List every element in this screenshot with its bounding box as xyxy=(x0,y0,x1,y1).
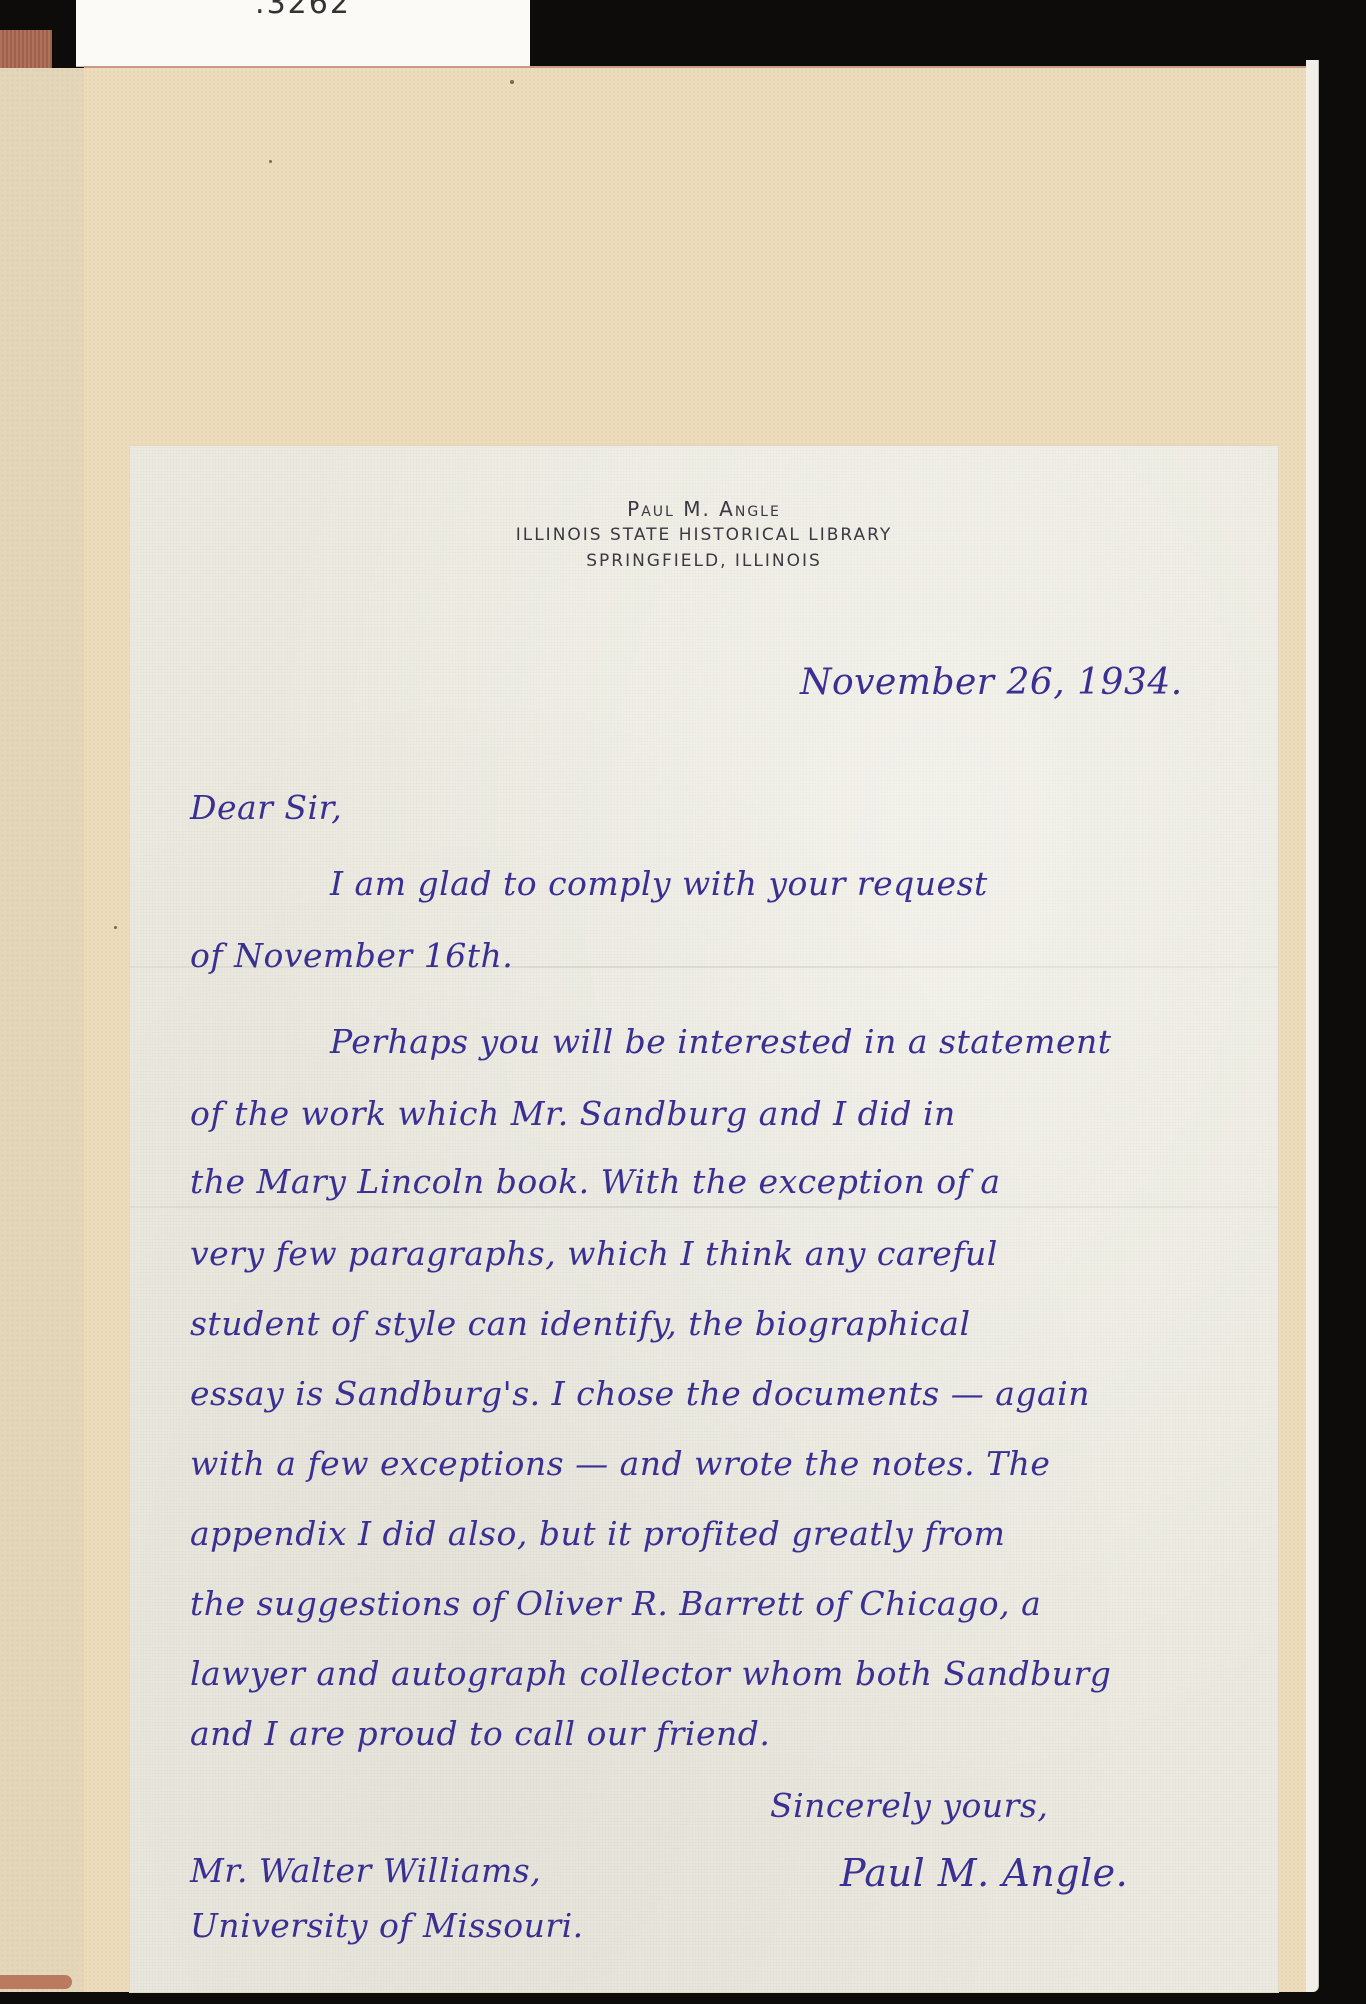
signature: Paul M. Angle. xyxy=(840,1851,1128,1895)
paper-fold xyxy=(130,1206,1278,1208)
addressee-name: Mr. Walter Williams, xyxy=(190,1851,541,1890)
closing: Sincerely yours, xyxy=(770,1786,1048,1825)
call-number-slip: .3262 xyxy=(76,0,530,66)
body-line: the suggestions of Oliver R. Barrett of … xyxy=(190,1584,1041,1623)
pasted-letter: Paul M. Angle ILLINOIS STATE HISTORICAL … xyxy=(130,446,1278,1992)
letterhead: Paul M. Angle ILLINOIS STATE HISTORICAL … xyxy=(130,496,1278,574)
body-line: appendix I did also, but it profited gre… xyxy=(190,1514,1005,1553)
body-line: I am glad to comply with your request xyxy=(330,864,988,903)
body-line: of the work which Mr. Sandburg and I did… xyxy=(190,1094,956,1133)
body-line: of November 16th. xyxy=(190,936,513,975)
book-cloth-binding-bottom xyxy=(0,1975,72,1989)
page-spot xyxy=(269,160,272,163)
page-stack-edge xyxy=(1306,60,1319,1992)
page-spot xyxy=(114,926,117,929)
body-line: very few paragraphs, which I think any c… xyxy=(190,1234,998,1273)
letterhead-name: Paul M. Angle xyxy=(130,496,1278,522)
body-line: with a few exceptions — and wrote the no… xyxy=(190,1444,1050,1483)
salutation: Dear Sir, xyxy=(190,788,342,827)
addressee-institution: University of Missouri. xyxy=(190,1906,584,1945)
letterhead-organization: ILLINOIS STATE HISTORICAL LIBRARY xyxy=(130,522,1278,548)
left-page-edge xyxy=(0,68,86,1992)
body-line: the Mary Lincoln book. With the exceptio… xyxy=(190,1162,1001,1201)
body-line: student of style can identify, the biogr… xyxy=(190,1304,971,1343)
body-line: essay is Sandburg's. I chose the documen… xyxy=(190,1374,1090,1413)
letterhead-city: SPRINGFIELD, ILLINOIS xyxy=(130,548,1278,574)
page-spot xyxy=(510,80,514,84)
body-line: lawyer and autograph collector whom both… xyxy=(190,1654,1111,1693)
letter-date: November 26, 1934. xyxy=(800,662,1183,703)
book-cloth-binding xyxy=(0,30,52,68)
call-number: .3262 xyxy=(76,0,530,21)
body-line: and I are proud to call our friend. xyxy=(190,1714,770,1753)
body-line: Perhaps you will be interested in a stat… xyxy=(330,1022,1112,1061)
